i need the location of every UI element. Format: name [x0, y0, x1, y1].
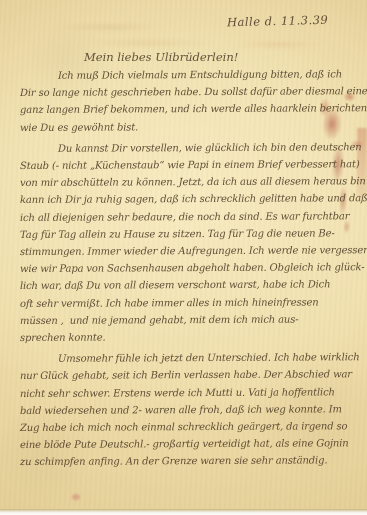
letter-line: ganz langen Brief bekommen, und ich werd…	[20, 101, 360, 120]
ink-bleed-mark	[218, 40, 338, 49]
letter-line: Ich muß Dich vielmals um Entschuldigung …	[20, 66, 360, 85]
date-line: Halle d. 11.3.39	[227, 13, 329, 30]
letter-page: Halle d. 11.3.39 Mein liebes Ulibrüderle…	[0, 0, 367, 515]
small-stain-dot	[72, 494, 80, 500]
letter-line: nicht sehr schwer. Erstens werde ich Mut…	[20, 384, 360, 403]
letter-line: Zug habe ich mich noch einmal schrecklic…	[20, 418, 360, 437]
letter-line: nur Glück gehabt, seit ich Berlin verlas…	[20, 367, 360, 386]
letter-body: Ich muß Dich vielmals um Entschuldigung …	[20, 68, 360, 472]
letter-line: ich all diejenigen sehr bedaure, die noc…	[20, 208, 360, 227]
salutation: Mein liebes Ulibrüderlein!	[84, 50, 238, 64]
letter-line: zu schimpfen anfing. An der Grenze waren…	[20, 453, 360, 472]
letter-line: sprechen konnte.	[20, 328, 360, 347]
letter-line: kann ich Dir ja ruhig sagen, daß ich sch…	[20, 191, 360, 210]
letter-line: müssen , und nie jemand gehabt, mit dem …	[20, 311, 360, 330]
letter-line: Tag für Tag allein zu Hause zu sitzen. T…	[20, 225, 360, 244]
letter-line: oft sehr vermißt. Ich habe immer alles i…	[20, 294, 360, 313]
letter-line: lich war, daß Du von all diesem verschon…	[20, 277, 360, 296]
letter-line: bald wiedersehen und 2- waren alle froh,…	[20, 401, 360, 420]
ink-bleed-mark	[34, 22, 184, 32]
scan-edge	[0, 509, 367, 515]
letter-line: Du kannst Dir vorstellen, wie glücklich …	[20, 139, 360, 158]
ink-bleed-mark	[60, 38, 240, 48]
letter-line: stimmungen. Immer wieder die Aufregungen…	[20, 242, 360, 261]
letter-line: Staub (- nicht „Küchenstaub“ wie Papi in…	[20, 156, 360, 175]
letter-line: wie Du es gewöhnt bist.	[20, 118, 360, 137]
